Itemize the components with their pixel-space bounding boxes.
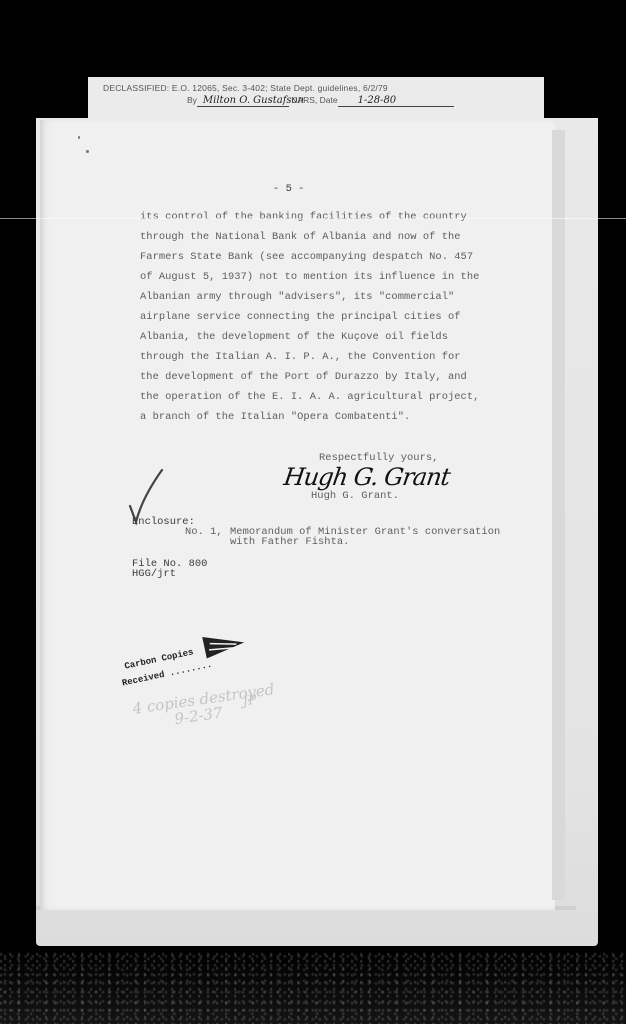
declassification-authority: DECLASSIFIED: E.O. 12065, Sec. 3-402; St… [103,83,388,93]
body-line: the development of the Port of Durazzo b… [140,371,467,383]
declassifier-signature: Milton O. Gustafson [197,95,289,107]
enclosure-description-cont: with Father Fishta. [230,536,349,548]
paper-speck [78,136,80,139]
body-line: of August 5, 1937) not to mention its in… [140,271,479,283]
body-line: airplane service connecting the principa… [140,311,461,323]
body-line: the operation of the E. I. A. A. agricul… [140,391,479,403]
by-label: By [187,95,197,105]
body-line: through the Italian A. I. P. A., the Con… [140,351,461,363]
letter-page: - 5 - its control of the banking facilit… [40,120,555,910]
enclosure-number: No. 1, [185,526,223,538]
body-line: its control of the banking facilities of… [140,211,467,223]
body-line: Farmers State Bank (see accompanying des… [140,251,473,263]
declassification-signoff: ByMilton O. Gustafson NARS, Date1-28-80 [187,95,454,107]
body-line: through the National Bank of Albania and… [140,231,461,243]
body-line: a branch of the Italian "Opera Combatent… [140,411,410,423]
typist-initials: HGG/jrt [132,568,176,580]
nars-date-label: NARS, Date [291,95,337,105]
body-line: Albania, the development of the Kuçove o… [140,331,448,343]
handwritten-signature: Hugh G. Grant [282,463,451,491]
body-line: Albanian army through "advisers", its "c… [140,291,454,303]
signer-name: Hugh G. Grant. [311,490,399,502]
stamp-flag-icon [200,626,248,661]
scan-artifact-line [0,218,626,219]
page-edge-shadow [552,130,565,900]
film-grain-background [0,950,626,1024]
declassification-date: 1-28-80 [338,95,454,107]
declassification-slip: DECLASSIFIED: E.O. 12065, Sec. 3-402; St… [88,77,544,123]
paper-speck [86,150,89,153]
pencil-note-initials: JP [242,693,258,710]
page-number: - 5 - [273,183,304,195]
